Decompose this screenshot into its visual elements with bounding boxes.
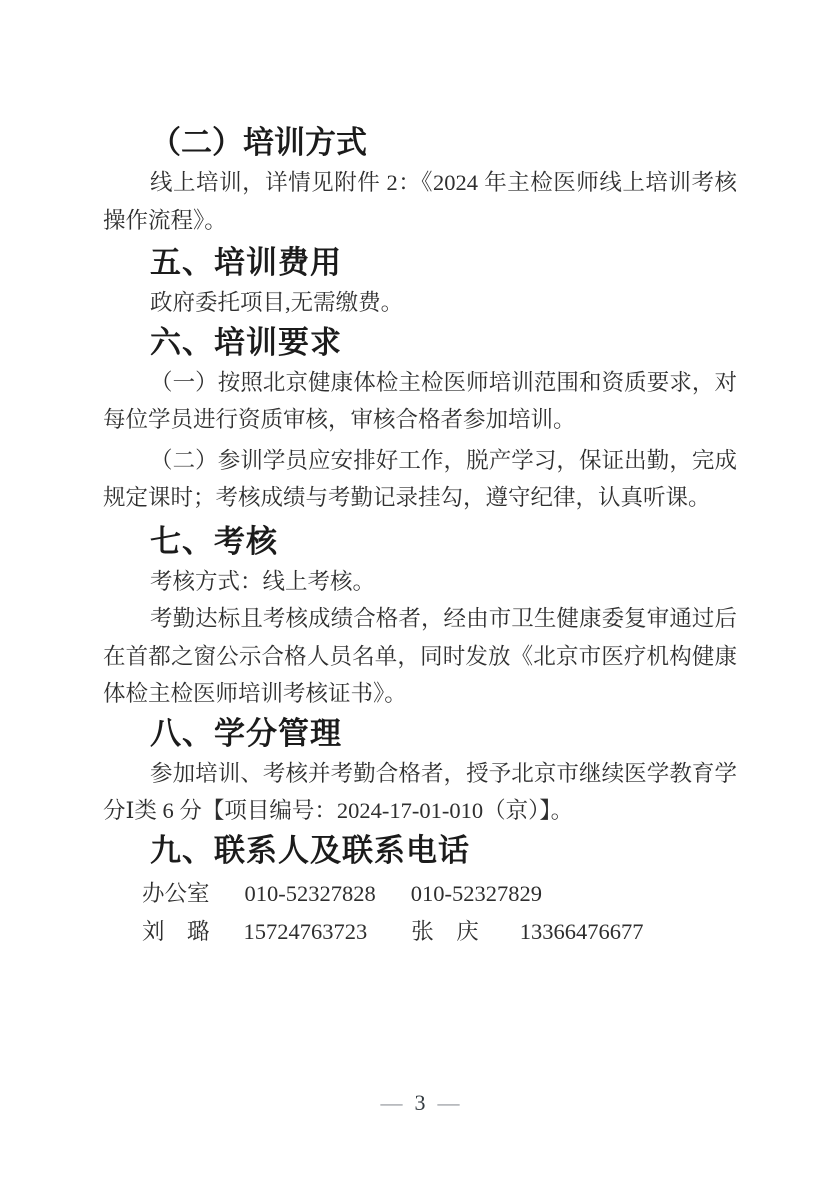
page-number-dash: — (381, 1090, 403, 1115)
paragraph-line: 在首都之窗公示合格人员名单，同时发放《北京市医疗机构健康 (103, 638, 737, 676)
document-page: （二）培训方式 线上培训，详情见附件 2：《2024 年主检医师线上培训考核 操… (0, 0, 840, 1187)
paragraph-line: 规定课时；考核成绩与考勤记录挂勾，遵守纪律，认真听课。 (103, 479, 737, 517)
contact-phone: 010-52327829 (411, 875, 542, 913)
contact-phone: 13366476677 (520, 913, 644, 951)
page-number-value: 3 (415, 1090, 426, 1115)
document-body: （二）培训方式 线上培训，详情见附件 2：《2024 年主检医师线上培训考核 操… (103, 122, 737, 951)
section-heading-training-method: （二）培训方式 (103, 122, 737, 164)
section-heading-contacts: 九、联系人及联系电话 (103, 830, 737, 872)
paragraph-line: 每位学员进行资质审核，审核合格者参加培训。 (103, 401, 737, 439)
section-heading-credit-management: 八、学分管理 (103, 713, 737, 755)
paragraph-line: 考勤达标且考核成绩合格者，经由市卫生健康委复审通过后 (103, 600, 737, 638)
contact-name: 刘 璐 (142, 913, 210, 951)
contact-row-office: 办公室010-52327828010-52327829 (103, 875, 737, 913)
contact-phone: 15724763723 (244, 913, 368, 951)
section-heading-training-requirements: 六、培训要求 (103, 322, 737, 364)
page-number-dash: — (438, 1090, 460, 1115)
paragraph-line: 分Ⅰ类 6 分【项目编号：2024-17-01-010（京）】。 (103, 792, 737, 830)
contact-row-persons: 刘 璐15724763723张 庆13366476677 (103, 913, 737, 951)
section-heading-training-fee: 五、培训费用 (103, 242, 737, 284)
contact-label: 办公室 (142, 875, 210, 913)
contact-name: 张 庆 (411, 913, 479, 951)
paragraph-line: （二）参训学员应安排好工作，脱产学习，保证出勤，完成 (103, 442, 737, 480)
paragraph-line: 操作流程》。 (103, 202, 737, 240)
paragraph-line: 政府委托项目,无需缴费。 (103, 284, 737, 322)
paragraph-line: （一）按照北京健康体检主检医师培训范围和资质要求，对 (103, 364, 737, 402)
section-heading-assessment: 七、考核 (103, 521, 737, 563)
contact-phone: 010-52327828 (245, 875, 376, 913)
paragraph-line: 参加培训、考核并考勤合格者，授予北京市继续医学教育学 (103, 755, 737, 793)
paragraph-line: 体检主检医师培训考核证书》。 (103, 675, 737, 713)
page-number: —3— (0, 1090, 840, 1116)
paragraph-line: 线上培训，详情见附件 2：《2024 年主检医师线上培训考核 (103, 164, 737, 202)
paragraph-line: 考核方式：线上考核。 (103, 563, 737, 601)
